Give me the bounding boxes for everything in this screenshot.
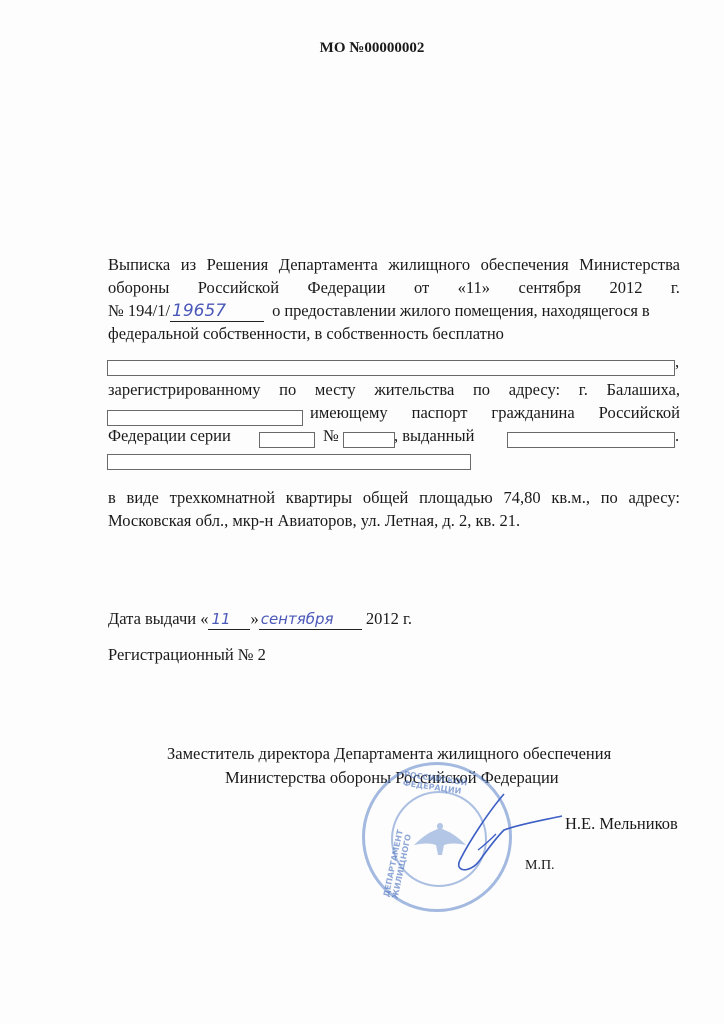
decision-month: сентября (518, 278, 581, 302)
comma: , (675, 352, 685, 376)
issue-date: Дата выдачи «11»сентября 2012 г. (108, 609, 680, 633)
issue-day-handwritten: 11 (211, 610, 230, 628)
word: Российской (198, 278, 279, 302)
issue-date-label: Дата выдачи « (108, 609, 208, 628)
redacted-passport-series (259, 432, 315, 448)
signatory-name: Н.Е. Мельников (565, 814, 695, 838)
redacted-issue-details (107, 454, 471, 470)
redacted-passport-number (343, 432, 395, 448)
word: г. (671, 278, 680, 302)
redacted-recipient-name (107, 360, 675, 376)
extract-line-3: № 194/1/19657 о предоставлении жилого по… (108, 301, 680, 325)
passport-number-label: № (323, 426, 343, 450)
issue-month-field: сентября (259, 609, 362, 630)
word: обороны (108, 278, 169, 302)
extract-line-7: имеющему паспорт гражданина Российской (310, 403, 680, 427)
extract-line-4: федеральной собственности, в собственнос… (108, 324, 680, 348)
property-line-1: в виде трехкомнатной квартиры общей площ… (108, 488, 680, 512)
extract-line-3-text: о предоставлении жилого помещения, наход… (272, 301, 649, 320)
issue-year: 2012 г. (366, 609, 412, 628)
extract-line-1: Выписка из Решения Департамента жилищног… (108, 255, 680, 279)
redacted-address (107, 410, 303, 426)
word: Федерации (308, 278, 386, 302)
extract-line-2: обороны Российской Федерации от «11» сен… (108, 278, 680, 302)
registration-number: Регистрационный № 2 (108, 645, 680, 669)
decision-day: «11» (458, 278, 490, 302)
decision-number-prefix: № 194/1/ (108, 301, 170, 320)
issue-month-handwritten: сентября (261, 610, 334, 628)
decision-year: 2012 (609, 278, 642, 302)
issue-day-field: 11 (208, 609, 250, 630)
redacted-issuing-authority (507, 432, 675, 448)
decision-number-handwritten: 19657 (172, 301, 226, 321)
extract-line-6: зарегистрированному по месту жительства … (108, 380, 680, 404)
property-line-2: Московская обл., мкр-н Авиаторов, ул. Ле… (108, 511, 680, 535)
seal-label: М.П. (525, 858, 585, 882)
quote-close: » (250, 609, 258, 628)
issued-by-label: , выданный (394, 426, 494, 450)
passport-series-label: Федерации серии (108, 426, 258, 450)
period: . (675, 426, 685, 450)
word: от (414, 278, 429, 302)
document-number: МО №00000002 (0, 40, 724, 57)
decision-number-field: 19657 (170, 301, 264, 322)
